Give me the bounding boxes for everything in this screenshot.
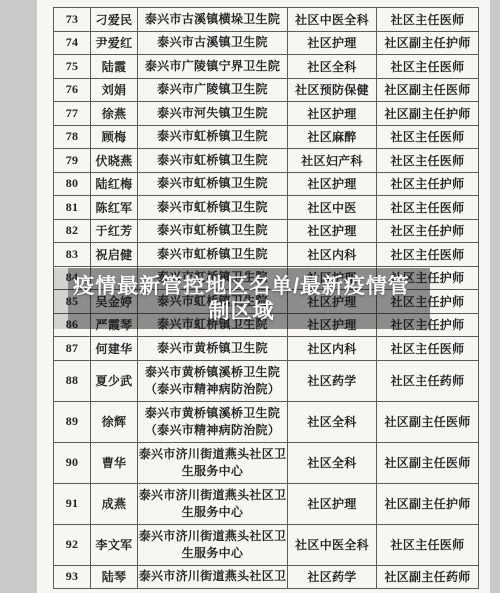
name-cell: 尹爱红 xyxy=(91,31,138,55)
specialty-cell: 社区内科 xyxy=(288,243,377,267)
title-cell: 社区主任医师 xyxy=(377,337,479,361)
institution-cell: 泰兴市黄桥镇卫生院 xyxy=(138,337,288,361)
table-row: 92李文军泰兴市济川街道燕头社区卫生服务中心社区中医全科社区主任医师 xyxy=(54,524,479,565)
row-number-cell: 78 xyxy=(54,125,91,149)
institution-line: 泰兴市济川街道燕头社区卫 xyxy=(138,528,287,545)
table-row: 78顾梅泰兴市虹桥镇卫生院社区麻醉社区主任医师 xyxy=(54,125,479,149)
institution-line: 泰兴市黄桥镇卫生院 xyxy=(138,340,287,357)
table-row: 76刘娟泰兴市广陵镇卫生院社区预防保健社区副主任医师 xyxy=(54,78,479,102)
institution-line: 泰兴市黄桥镇溪桥卫生院 xyxy=(138,364,287,381)
specialty-cell: 社区全科 xyxy=(288,55,377,79)
row-number-cell: 75 xyxy=(54,55,91,79)
name-cell: 刁爱民 xyxy=(91,8,138,32)
title-cell: 社区副主任药师 xyxy=(377,565,479,589)
specialty-cell: 社区全科 xyxy=(288,442,377,483)
institution-cell: 泰兴市虹桥镇卫生院 xyxy=(138,196,288,220)
institution-cell: 泰兴市广陵镇卫生院 xyxy=(138,78,288,102)
name-cell: 陆琴 xyxy=(91,565,138,589)
specialty-cell: 社区护理 xyxy=(288,219,377,243)
specialty-cell: 社区中医全科 xyxy=(288,524,377,565)
institution-cell: 泰兴市虹桥镇卫生院 xyxy=(138,172,288,196)
name-cell: 徐燕 xyxy=(91,102,138,126)
specialty-cell: 社区全科 xyxy=(288,401,377,442)
table-row: 81陈红军泰兴市虹桥镇卫生院社区中医社区主任医师 xyxy=(54,196,479,220)
row-number-cell: 88 xyxy=(54,360,91,401)
name-cell: 陈红军 xyxy=(91,196,138,220)
title-cell: 社区副主任医师 xyxy=(377,78,479,102)
institution-line: 泰兴市虹桥镇卫生院 xyxy=(138,222,287,239)
institution-line: 泰兴市古溪镇卫生院 xyxy=(138,34,287,51)
row-number-cell: 82 xyxy=(54,219,91,243)
row-number-cell: 90 xyxy=(54,442,91,483)
table-row: 77徐燕泰兴市河失镇卫生院社区护理社区副主任护师 xyxy=(54,102,479,126)
title-cell: 社区主任医师 xyxy=(377,55,479,79)
institution-line: （泰兴市精神病防治院） xyxy=(138,422,287,439)
title-cell: 社区主任医师 xyxy=(377,125,479,149)
table-row: 87何建华泰兴市黄桥镇卫生院社区内科社区主任医师 xyxy=(54,337,479,361)
name-cell: 徐辉 xyxy=(91,401,138,442)
specialty-cell: 社区护理 xyxy=(288,172,377,196)
specialty-cell: 社区药学 xyxy=(288,360,377,401)
title-cell: 社区副主任医师 xyxy=(377,442,479,483)
institution-line: 泰兴市济川街道燕头社区卫 xyxy=(138,446,287,463)
institution-line: 泰兴市古溪镇横垛卫生院 xyxy=(138,11,287,28)
name-cell: 刘娟 xyxy=(91,78,138,102)
name-cell: 于红芳 xyxy=(91,219,138,243)
row-number-cell: 83 xyxy=(54,243,91,267)
institution-cell: 泰兴市黄桥镇溪桥卫生院（泰兴市精神病防治院） xyxy=(138,401,288,442)
title-cell: 社区副主任护师 xyxy=(377,483,479,524)
title-cell: 社区主任护师 xyxy=(377,172,479,196)
institution-line: 泰兴市虹桥镇卫生院 xyxy=(138,199,287,216)
name-cell: 曹华 xyxy=(91,442,138,483)
table-row: 91成燕泰兴市济川街道燕头社区卫生服务中心社区护理社区副主任护师 xyxy=(54,483,479,524)
watermark-line-2: 制区域 xyxy=(209,299,275,324)
title-cell: 社区主任医师 xyxy=(377,524,479,565)
specialty-cell: 社区药学 xyxy=(288,565,377,589)
institution-cell: 泰兴市河失镇卫生院 xyxy=(138,102,288,126)
institution-cell: 泰兴市古溪镇卫生院 xyxy=(138,31,288,55)
institution-cell: 泰兴市济川街道燕头社区卫 xyxy=(138,565,288,589)
institution-cell: 泰兴市虹桥镇卫生院 xyxy=(138,219,288,243)
title-cell: 社区副主任护师 xyxy=(377,31,479,55)
table-row: 93陆琴泰兴市济川街道燕头社区卫社区药学社区副主任药师 xyxy=(54,565,479,589)
institution-cell: 泰兴市虹桥镇卫生院 xyxy=(138,243,288,267)
table-row: 73刁爱民泰兴市古溪镇横垛卫生院社区中医全科社区主任医师 xyxy=(54,8,479,32)
institution-cell: 泰兴市济川街道燕头社区卫生服务中心 xyxy=(138,442,288,483)
row-number-cell: 74 xyxy=(54,31,91,55)
institution-line: 生服务中心 xyxy=(138,463,287,480)
table-row: 90曹华泰兴市济川街道燕头社区卫生服务中心社区全科社区副主任医师 xyxy=(54,442,479,483)
specialty-cell: 社区护理 xyxy=(288,483,377,524)
name-cell: 何建华 xyxy=(91,337,138,361)
title-cell: 社区主任医师 xyxy=(377,243,479,267)
title-cell: 社区副主任医师 xyxy=(377,401,479,442)
institution-line: 泰兴市河失镇卫生院 xyxy=(138,105,287,122)
institution-cell: 泰兴市广陵镇宁界卫生院 xyxy=(138,55,288,79)
institution-line: 生服务中心 xyxy=(138,545,287,562)
watermark-banner: 疫情最新管控地区名单/最新疫情管 制区域 xyxy=(53,268,430,329)
institution-line: 泰兴市广陵镇卫生院 xyxy=(138,81,287,98)
institution-cell: 泰兴市济川街道燕头社区卫生服务中心 xyxy=(138,524,288,565)
title-cell: 社区主任医师 xyxy=(377,196,479,220)
row-number-cell: 76 xyxy=(54,78,91,102)
table-row: 83祝启健泰兴市虹桥镇卫生院社区内科社区主任医师 xyxy=(54,243,479,267)
table-row: 75陆霞泰兴市广陵镇宁界卫生院社区全科社区主任医师 xyxy=(54,55,479,79)
institution-line: （泰兴市精神病防治院） xyxy=(138,381,287,398)
institution-cell: 泰兴市古溪镇横垛卫生院 xyxy=(138,8,288,32)
row-number-cell: 81 xyxy=(54,196,91,220)
institution-line: 泰兴市济川街道燕头社区卫 xyxy=(138,568,287,585)
specialty-cell: 社区内科 xyxy=(288,337,377,361)
institution-cell: 泰兴市虹桥镇卫生院 xyxy=(138,125,288,149)
row-number-cell: 73 xyxy=(54,8,91,32)
institution-cell: 泰兴市济川街道燕头社区卫生服务中心 xyxy=(138,483,288,524)
institution-line: 泰兴市虹桥镇卫生院 xyxy=(138,152,287,169)
specialty-cell: 社区护理 xyxy=(288,102,377,126)
name-cell: 夏少武 xyxy=(91,360,138,401)
institution-line: 生服务中心 xyxy=(138,504,287,521)
page: 73刁爱民泰兴市古溪镇横垛卫生院社区中医全科社区主任医师74尹爱红泰兴市古溪镇卫… xyxy=(0,0,500,593)
title-cell: 社区主任护师 xyxy=(377,219,479,243)
watermark-line-1: 疫情最新管控地区名单/最新疫情管 xyxy=(73,274,410,299)
name-cell: 成燕 xyxy=(91,483,138,524)
row-number-cell: 80 xyxy=(54,172,91,196)
name-cell: 李文军 xyxy=(91,524,138,565)
institution-cell: 泰兴市虹桥镇卫生院 xyxy=(138,149,288,173)
name-cell: 顾梅 xyxy=(91,125,138,149)
title-cell: 社区主任医师 xyxy=(377,8,479,32)
table-row: 80陆红梅泰兴市虹桥镇卫生院社区护理社区主任护师 xyxy=(54,172,479,196)
row-number-cell: 89 xyxy=(54,401,91,442)
institution-line: 泰兴市济川街道燕头社区卫 xyxy=(138,487,287,504)
institution-line: 泰兴市黄桥镇溪桥卫生院 xyxy=(138,405,287,422)
specialty-cell: 社区妇产科 xyxy=(288,149,377,173)
name-cell: 祝启健 xyxy=(91,243,138,267)
specialty-cell: 社区麻醉 xyxy=(288,125,377,149)
institution-line: 泰兴市虹桥镇卫生院 xyxy=(138,128,287,145)
table-row: 82于红芳泰兴市虹桥镇卫生院社区护理社区主任护师 xyxy=(54,219,479,243)
specialty-cell: 社区中医全科 xyxy=(288,8,377,32)
name-cell: 伏晓燕 xyxy=(91,149,138,173)
table-row: 74尹爱红泰兴市古溪镇卫生院社区护理社区副主任护师 xyxy=(54,31,479,55)
institution-line: 泰兴市广陵镇宁界卫生院 xyxy=(138,58,287,75)
row-number-cell: 91 xyxy=(54,483,91,524)
institution-cell: 泰兴市黄桥镇溪桥卫生院（泰兴市精神病防治院） xyxy=(138,360,288,401)
specialty-cell: 社区预防保健 xyxy=(288,78,377,102)
title-cell: 社区副主任护师 xyxy=(377,102,479,126)
title-cell: 社区主任药师 xyxy=(377,360,479,401)
title-cell: 社区主任医师 xyxy=(377,149,479,173)
row-number-cell: 77 xyxy=(54,102,91,126)
row-number-cell: 79 xyxy=(54,149,91,173)
name-cell: 陆霞 xyxy=(91,55,138,79)
institution-line: 泰兴市虹桥镇卫生院 xyxy=(138,175,287,192)
specialty-cell: 社区中医 xyxy=(288,196,377,220)
specialty-cell: 社区护理 xyxy=(288,31,377,55)
table-row: 79伏晓燕泰兴市虹桥镇卫生院社区妇产科社区主任医师 xyxy=(54,149,479,173)
row-number-cell: 93 xyxy=(54,565,91,589)
table-row: 88夏少武泰兴市黄桥镇溪桥卫生院（泰兴市精神病防治院）社区药学社区主任药师 xyxy=(54,360,479,401)
table-row: 89徐辉泰兴市黄桥镇溪桥卫生院（泰兴市精神病防治院）社区全科社区副主任医师 xyxy=(54,401,479,442)
row-number-cell: 92 xyxy=(54,524,91,565)
institution-line: 泰兴市虹桥镇卫生院 xyxy=(138,246,287,263)
row-number-cell: 87 xyxy=(54,337,91,361)
name-cell: 陆红梅 xyxy=(91,172,138,196)
